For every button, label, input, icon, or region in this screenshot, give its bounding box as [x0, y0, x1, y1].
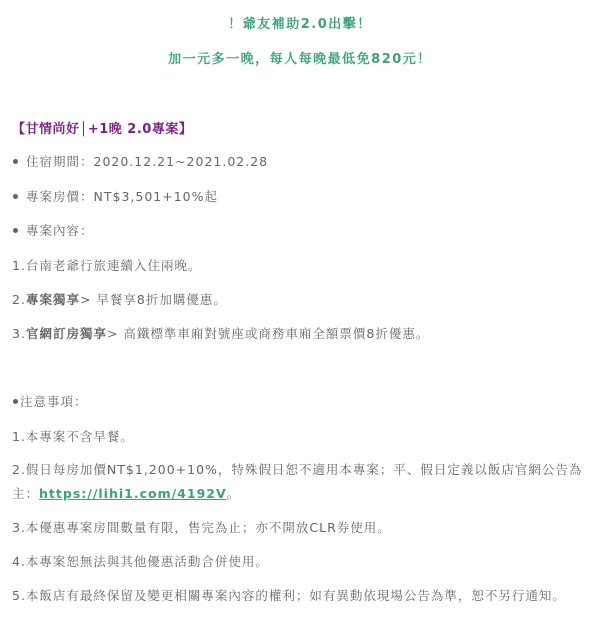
item-text: > 高鐵標準車廂對號座或商務車廂全額票價8折優惠。: [107, 326, 429, 341]
stay-period-item: 住宿期間：2020.12.21~2021.02.28: [12, 153, 268, 171]
content-item-3: 3.官網訂房獨享> 高鐵標準車廂對號座或商務車廂全額票價8折優惠。: [12, 325, 429, 343]
bullet-icon: [13, 399, 18, 404]
note-item-1: 1.本專案不含早餐。: [12, 428, 134, 446]
note-item-2: 2.假日每房加價NT$1,200+10%，特殊假日恕不適用本專案；平、假日定義以…: [12, 461, 582, 479]
content-item-1: 1.台南老爺行旅連續入住兩晚。: [12, 257, 201, 275]
note-item-4: 4.本專案恕無法與其他優惠活動合併使用。: [12, 553, 269, 571]
item-bold-label: 官網訂房獨享: [26, 326, 107, 341]
promo-subheadline: 加一元多一晚，每人每晚最低免820元！: [0, 51, 600, 69]
note-item-2-continuation: 主：https://lihi1.com/4192V。: [12, 485, 240, 503]
bullet-icon: [13, 159, 18, 164]
bullet-icon: [13, 194, 18, 199]
plan-title: 【甘情尚好│+1晚 2.0專案】: [12, 121, 192, 139]
item-number: 1.: [12, 258, 26, 273]
content-label-item: 專案內容：: [12, 222, 94, 240]
promotion-document: ！爺友補助2.0出擊！ 加一元多一晚，每人每晚最低免820元！ 【甘情尚好│+1…: [0, 0, 600, 623]
note-item-5: 5.本飯店有最終保留及變更相關專案內容的權利；如有異動依現場公告為準，恕不另行通…: [12, 587, 566, 605]
notes-label-text: 注意事項：: [20, 394, 88, 409]
price-item: 專案房價：NT$3,501+10%起: [12, 188, 218, 206]
bullet-icon: [13, 228, 18, 233]
item-text: 台南老爺行旅連續入住兩晚。: [26, 258, 202, 273]
price-text: 專案房價：NT$3,501+10%起: [26, 189, 218, 204]
content-label-text: 專案內容：: [26, 223, 94, 238]
holiday-definition-link[interactable]: https://lihi1.com/4192V: [39, 486, 227, 501]
item-text: > 早餐享8折加購優惠。: [80, 292, 227, 307]
notes-label-item: 注意事項：: [12, 393, 88, 411]
note-text: 主：: [12, 486, 39, 501]
item-number: 3.: [12, 326, 26, 341]
item-bold-label: 專案獨享: [26, 292, 80, 307]
note-text: 。: [227, 486, 241, 501]
item-number: 2.: [12, 292, 26, 307]
stay-period-text: 住宿期間：2020.12.21~2021.02.28: [26, 154, 268, 169]
promo-headline: ！爺友補助2.0出擊！: [0, 16, 600, 34]
content-item-2: 2.專案獨享> 早餐享8折加購優惠。: [12, 291, 227, 309]
note-item-3: 3.本優惠專案房間數量有限，售完為止；亦不開放CLR券使用。: [12, 519, 391, 537]
